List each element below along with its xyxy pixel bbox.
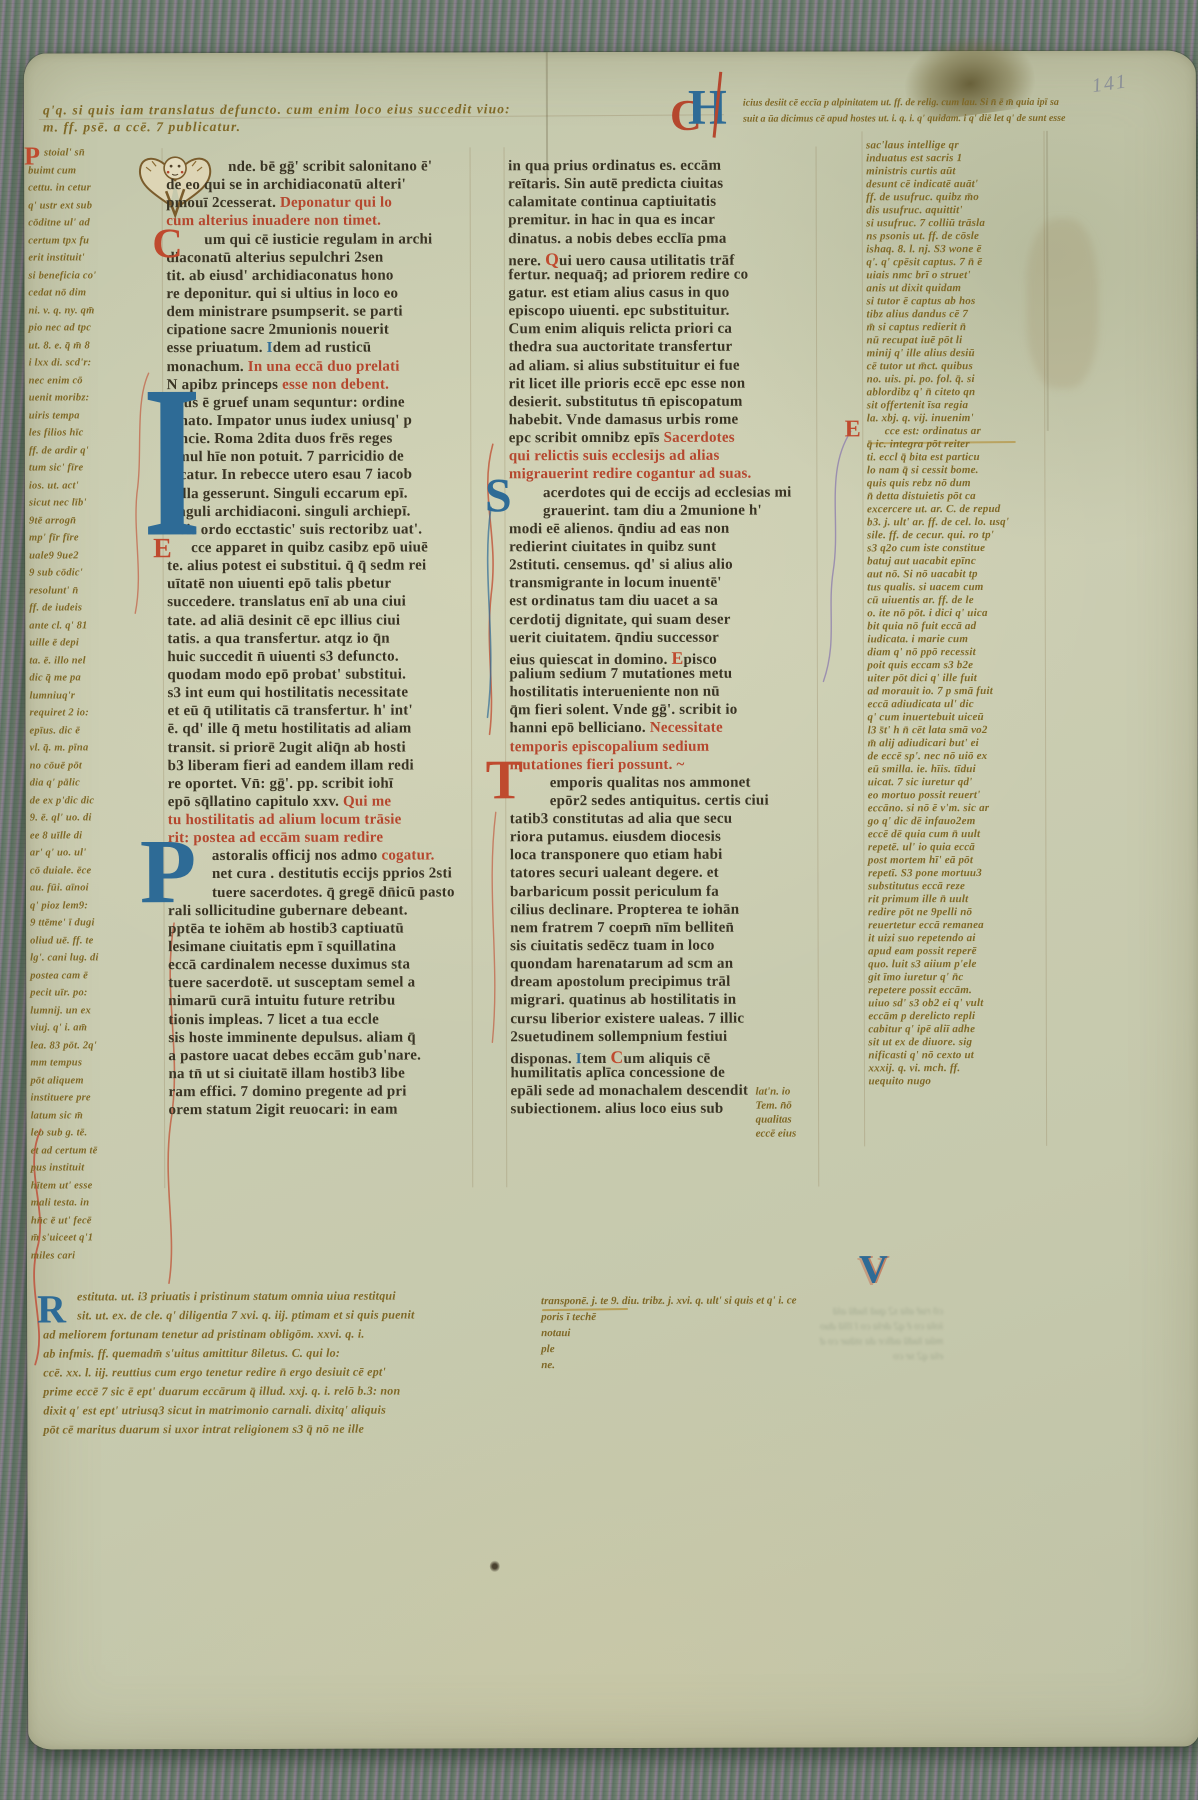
text-run: q'q. si quis iam translatus defuncto. cu… bbox=[43, 101, 511, 117]
text-line: q' ustr ext sub bbox=[28, 200, 140, 218]
text-line: hītem ut' esse bbox=[31, 1180, 143, 1198]
text-run: loca transponere quo etiam habi bbox=[510, 847, 723, 864]
text-line: ff. de ardir q' bbox=[29, 445, 141, 463]
text-run: uiais nmc brī o struet' bbox=[866, 269, 970, 281]
text-line: repetere possit eccām. bbox=[868, 984, 1044, 997]
text-line: eccā adiudicata ul' dic bbox=[867, 698, 1043, 711]
text-line: s3 int eum qui hostilitatis necessitate bbox=[167, 684, 471, 703]
text-line: viuj. q' i. am̄ bbox=[30, 1022, 142, 1040]
text-line: suit a ūa dicimus cē apud hostes ut. i. … bbox=[743, 113, 1053, 130]
text-line: ab infmis. ff. quemadm̄ s'uitus amittitu… bbox=[43, 1345, 523, 1365]
text-line: lumnij. un ex bbox=[30, 1005, 142, 1023]
text-line: resolunt' n̄ bbox=[29, 585, 141, 603]
text-line: unus ē gruef unam sequntur: ordine bbox=[167, 394, 471, 413]
text-run: diam q' nō ppō recessit bbox=[867, 646, 976, 658]
text-run: dis usufruc. aquittit' bbox=[866, 204, 962, 216]
text-run: lesimane ciuitatis epm ī squillatina bbox=[168, 939, 396, 956]
text-run: ad aliam. si alius substituitur ei fue bbox=[509, 357, 740, 374]
text-line: lo nam q̄ si cessit bome. bbox=[867, 464, 1043, 477]
text-line: dream apostolum precipimus trāl bbox=[510, 974, 816, 993]
text-run: la. xbj. q. vij. inuenim' bbox=[867, 412, 974, 424]
text-line: ē. qd' ille q̄ metu hostilitatis ad alia… bbox=[168, 721, 472, 740]
text-line: nere. Qui uero causa utilitatis trāf bbox=[508, 248, 814, 267]
text-run: nec enim cō bbox=[29, 375, 83, 386]
text-run: cū uiuentis ar. ff. de le bbox=[867, 594, 974, 606]
text-run: epīus. dic ē bbox=[30, 725, 81, 736]
text-run: ablordibz q' n̄ citeto qn bbox=[867, 386, 976, 398]
text-line: 7 ois ordo ecctastic' suis rectoribz uat… bbox=[167, 521, 471, 540]
text-run: re deponitur. qui si ultius in loco eo bbox=[166, 286, 398, 303]
text-line: sit offertenit īsa regia bbox=[867, 399, 1043, 412]
text-line: cō ruē aīa s2 quā īudū alā bbox=[683, 1306, 943, 1322]
text-run: Tem. n̄ō bbox=[756, 1100, 792, 1112]
text-line: reītaris. Sin autē predicta ciuitas bbox=[508, 176, 814, 195]
text-run: ram effici. 7 domino pregente ad pri bbox=[168, 1084, 406, 1101]
text-line: bit quia nō fuit eccā ad bbox=[867, 620, 1043, 633]
text-run: migrauerint redire cogantur ad suas. bbox=[509, 466, 752, 483]
text-run: epc scribit omnibz epīs bbox=[509, 430, 664, 446]
text-line: pptēa te iohēm ab hostib3 captiuatū bbox=[168, 920, 472, 939]
text-run: ab infmis. ff. quemadm̄ s'uitus amittitu… bbox=[43, 1346, 340, 1361]
text-line: nimarū curā intuitu future retribu bbox=[168, 993, 472, 1012]
text-run: m̄ si captus redierit n̄ bbox=[866, 321, 966, 333]
photo-backdrop-fabric: { "page": { "folio_number": "141" }, "he… bbox=[0, 0, 1198, 1800]
text-run: transmigrante in locum inuentē' bbox=[509, 575, 721, 592]
gloss-right-margin: sac'laus intellige qrinduatus est sacris… bbox=[866, 139, 1044, 1088]
text-line: pmouī 2cesserat. Deponatur qui lo bbox=[166, 195, 470, 214]
text-run: resolunt' n̄ bbox=[29, 585, 78, 596]
text-run: tatores securi ualeant degere. et bbox=[510, 865, 719, 882]
text-run: ne. bbox=[541, 1359, 555, 1371]
text-run: dream apostolum precipimus trāl bbox=[510, 974, 730, 991]
text-line: sit. ut. ex. de cle. q' diligentia 7 xvi… bbox=[43, 1307, 523, 1327]
text-run: m. ff. psē. a ccē. 7 publicatur. bbox=[43, 119, 241, 135]
text-line: uītatē non uiuenti epō talis pbetur bbox=[167, 576, 471, 595]
text-run: eccāno. si nō ē v'm. sic ar bbox=[868, 802, 990, 814]
text-run: hostilitatis interueniente non nū bbox=[509, 684, 719, 701]
text-line: eccā cardinalem necesse duximus sta bbox=[168, 957, 472, 976]
text-line: astoralis officij nos admo cogatur. bbox=[168, 848, 472, 867]
text-line: no. uis. pi. po. fol. q̄. si bbox=[867, 373, 1043, 386]
text-run: esse non debent. bbox=[282, 376, 389, 392]
text-run: na tn̄ ut si ciuitatē illam hostib3 libe bbox=[168, 1066, 405, 1083]
text-run: Deponatur qui lo bbox=[280, 195, 392, 211]
text-line: in qua prius ordinatus es. eccām bbox=[508, 157, 814, 176]
text-line: no cōuē pōt bbox=[30, 760, 142, 778]
purple-flourish-gloss-e bbox=[823, 431, 852, 681]
text-line: huic succedit n̄ uiuenti s3 defuncto. bbox=[167, 648, 471, 667]
text-run: cum alterius inuadere non timet. bbox=[166, 213, 381, 230]
text-run: i lxx di. scd'r: bbox=[29, 357, 92, 368]
text-run: sit ut ex de diuore. sig bbox=[868, 1036, 972, 1048]
text-run: dic q̄ me pa bbox=[29, 672, 81, 683]
text-run: 9 sub cōdic' bbox=[29, 567, 83, 578]
text-run: no. uis. pi. po. fol. q̄. si bbox=[867, 373, 975, 385]
text-run: eīa q2 se co bbox=[893, 1351, 943, 1362]
text-line: cursu liberior existere ualeas. 7 illic bbox=[510, 1010, 816, 1029]
text-line: go q' dic dē infauo2em bbox=[868, 815, 1044, 828]
text-run: ns psonis ut. ff. de cōsle bbox=[866, 230, 979, 242]
text-run: reuertetur eccā remanea bbox=[868, 919, 984, 931]
text-run: suit a ūa dicimus cē apud hostes ut. i. … bbox=[743, 113, 1066, 125]
text-line: tuere sacerdotē. ut susceptam semel a bbox=[168, 975, 472, 994]
text-run: nem fratrem 7 coepm̄ nīm belliten̄ bbox=[510, 920, 734, 937]
text-line: qui relictis suis ecclesijs ad alias bbox=[509, 448, 815, 467]
text-line: cō duiale. ēce bbox=[30, 865, 142, 883]
text-line: ioīa co ē q2 deīa co ī īllā duo bbox=[683, 1321, 943, 1337]
text-run: eccē eius bbox=[756, 1128, 797, 1140]
text-run: git īmo iuretur q' n̄c bbox=[868, 971, 963, 983]
text-run: bella gesserunt. Singuli eccarum epī. bbox=[167, 485, 408, 502]
text-line: uiter pōt dici q' ille fuit bbox=[867, 672, 1043, 685]
text-line: les filios hīc bbox=[29, 427, 141, 445]
text-run: les filios hīc bbox=[29, 427, 84, 438]
text-run: quodam modo epō probat' substitui. bbox=[167, 666, 406, 683]
text-line: grauerint. tam diu a 2munione h' bbox=[509, 502, 815, 521]
text-run: Q bbox=[545, 249, 559, 269]
text-line: b3. j. ult' ar. ff. de cel. lo. usq' bbox=[867, 516, 1043, 529]
text-run: dem ministrare psumpserit. se parti bbox=[166, 304, 402, 321]
text-line: temporis episcopalium sedium bbox=[510, 738, 816, 757]
text-run: n̄ detta distuietis pōt ca bbox=[867, 490, 976, 502]
text-run: 2suetudinem sollempnium festiui bbox=[510, 1028, 727, 1045]
text-run: redierint ciuitates in quibz sunt bbox=[509, 539, 716, 556]
text-line: eīa q2 se co bbox=[683, 1351, 943, 1367]
text-run: sis hoste imminente depulsus. aliam q̄ bbox=[168, 1029, 415, 1046]
text-line: sis ciuitatis sedēcz tuam in loco bbox=[510, 938, 816, 957]
text-run: Cum enim aliquis relicta priori ca bbox=[508, 321, 732, 338]
text-run: go q' dic dē infauo2em bbox=[868, 815, 976, 827]
text-line: simul hīe non potuit. 7 parricidio de bbox=[167, 449, 471, 468]
text-line: mūa īudū adlce da stāue co d bbox=[683, 1336, 943, 1352]
text-run: lumniuq'r bbox=[29, 690, 75, 701]
text-line: repetī. S3 pone mortuu3 bbox=[868, 867, 1044, 880]
text-run: epāli sede ad monachalem descendit bbox=[510, 1083, 748, 1100]
text-line: 2stituti. censemus. qd' si alius alio bbox=[509, 557, 815, 576]
text-line: o. ite nō pōt. i dici q' uica bbox=[867, 607, 1043, 620]
text-line: mm tempus bbox=[30, 1057, 142, 1075]
text-run: ad morauit io. 7 p smā fuit bbox=[867, 685, 993, 697]
text-line: uiais nmc brī o struet' bbox=[866, 269, 1042, 282]
text-run: eo mortuo possit reuert' bbox=[868, 789, 981, 801]
text-run: qui relictis suis ecclesijs ad alias bbox=[509, 448, 720, 465]
text-run: cē tutor ut m̄ct. quibus bbox=[867, 360, 973, 372]
text-line: pio nec ad tpc bbox=[28, 322, 140, 340]
text-line: N apibz princeps esse non debent. bbox=[167, 376, 471, 395]
text-line: q'q. si quis iam translatus defuncto. cu… bbox=[43, 101, 733, 120]
text-run: q'. q' cpēsit captus. 7 n̄ ē bbox=[866, 256, 982, 268]
text-run: nde. bē gḡ' scribit salonitano ē' bbox=[228, 158, 432, 175]
text-run: si usufruc. 7 colliū trāsla bbox=[866, 217, 985, 229]
text-run: batuj aut uacabit epīnc bbox=[867, 555, 976, 567]
illuminated-initial: S bbox=[485, 472, 512, 520]
text-line: au. fūi. aīnoi bbox=[30, 882, 142, 900]
text-run: cogatur. bbox=[381, 848, 434, 864]
text-line: uale9 9ue2 bbox=[29, 550, 141, 568]
text-run: pōt cē maritus duarum si uxor intrat rel… bbox=[43, 1422, 364, 1437]
text-line: re deponitur. qui si ultius in loco eo bbox=[166, 285, 470, 304]
text-run: o. ite nō pōt. i dici q' uica bbox=[867, 607, 987, 619]
text-run: uenit moribz: bbox=[29, 392, 90, 403]
text-run: sit. ut. ex. de cle. q' diligentia 7 xvi… bbox=[77, 1308, 415, 1323]
text-run: notaui bbox=[541, 1327, 570, 1339]
text-line: et ad certum tē bbox=[31, 1145, 143, 1163]
text-line: cum alterius inuadere non timet. bbox=[166, 213, 470, 232]
text-run: cedat nō dim bbox=[28, 287, 86, 298]
text-run: a pastore uacat debes eccām gub'nare. bbox=[168, 1047, 421, 1064]
text-line: oliud uē. ff. te bbox=[30, 935, 142, 953]
text-line: et eū q̄ utilitatis cā transfertur. h' i… bbox=[167, 703, 471, 722]
text-line: Tem. n̄ō bbox=[756, 1099, 876, 1113]
text-run: cō duiale. ēce bbox=[30, 865, 91, 876]
text-line: stoial' sn̄ bbox=[28, 147, 140, 165]
text-run: leo sub g. tē. bbox=[31, 1127, 88, 1138]
text-run: desierit. substitutus tn̄ episcopatum bbox=[509, 393, 743, 410]
text-run: q' cum inuertebuit uiceū bbox=[868, 711, 984, 723]
text-run: cōditne ul' ad bbox=[28, 217, 90, 228]
text-line: cerdotij dignitate, qui suam deser bbox=[509, 611, 815, 630]
text-line: tit. ab eiusd' archidiaconatus hono bbox=[166, 267, 470, 286]
text-line: migrari. quatinus ab hostilitatis in bbox=[510, 992, 816, 1011]
text-run: s3 q2o cum iste constitue bbox=[867, 542, 985, 554]
text-line: dem ministrare psumpserit. se parti bbox=[166, 303, 470, 322]
text-line: mp' fīr fīre bbox=[29, 532, 141, 550]
text-run: simul hīe non potuit. 7 parricidio de bbox=[167, 449, 404, 466]
text-line: transit. si priorē 2ugit aliq̄n ab hosti bbox=[168, 739, 472, 758]
text-run: ni. v. q. ny. qm̄ bbox=[28, 305, 94, 316]
text-line: pōt aliquem bbox=[30, 1075, 142, 1093]
illuminated-initials-layer: CIEPSTERVP bbox=[24, 50, 1196, 53]
text-line: singuli archidiaconi. singuli archiepī. bbox=[167, 503, 471, 522]
text-line: orem statum 2igit reuocari: in eam bbox=[169, 1102, 473, 1121]
text-run: diaconatū alterius sepulchri 2sen bbox=[166, 249, 383, 266]
text-line: re oportet. Vn̄: gḡ'. pp. scribit iohī bbox=[168, 775, 472, 794]
text-line: tum sic' fīre bbox=[29, 462, 141, 480]
text-run: ple bbox=[541, 1343, 554, 1355]
text-run: ante cl. q' 81 bbox=[29, 620, 87, 631]
text-line: ff. de iudeis bbox=[29, 602, 141, 620]
text-line: cce apparet in quibz casibz epō uiuē bbox=[167, 539, 471, 558]
text-run: ad meliorem fortunam tenetur ad pristina… bbox=[43, 1327, 364, 1342]
text-line: uiuo sd' s3 ob2 ei q' vult bbox=[868, 997, 1044, 1010]
text-line: ad meliorem fortunam tenetur ad pristina… bbox=[43, 1326, 523, 1346]
text-run: uicat. 7 sic iuretur qd' bbox=[868, 776, 973, 788]
text-run: mutationes fieri possunt. ~ bbox=[510, 756, 685, 772]
text-run: b3 liberam fieri ad eandem illam redi bbox=[168, 757, 414, 774]
text-run: gatur. est etiam alius casus in quo bbox=[508, 285, 729, 302]
text-run: estituta. ut. i3 priuatis i pristinum st… bbox=[77, 1289, 396, 1304]
text-run: modi eē alienos. q̄ndiu ad eas non bbox=[509, 521, 729, 538]
text-run: rali sollicitudine gubernare debeant. bbox=[168, 902, 408, 919]
text-run: E bbox=[671, 648, 683, 668]
text-run: au. fūi. aīnoi bbox=[30, 882, 89, 893]
text-line: episcopo uiuenti. epc substituitur. bbox=[508, 303, 814, 322]
text-run: miles cari bbox=[31, 1250, 75, 1261]
text-line: sac'laus intellige qr bbox=[866, 139, 1042, 152]
parchment-page: 141 q'q. si quis iam translatus defuncto… bbox=[24, 50, 1198, 1749]
text-run: uille ē depi bbox=[29, 637, 79, 648]
text-line: eius quiescat in domino. Episco bbox=[509, 647, 815, 666]
text-run: q̄m fieri solent. Vnde gḡ'. scribit io bbox=[509, 702, 737, 719]
text-line: icius desiit cē eccīa p alpinitatem ut. … bbox=[743, 97, 1053, 114]
text-run: palium sedium 7 mutationes metu bbox=[509, 666, 732, 683]
text-line: ff. de usufruc. quibz m̄o bbox=[866, 191, 1042, 204]
text-line: substitutus eccā reze bbox=[868, 880, 1044, 893]
text-line: apud eam possit reperē bbox=[868, 945, 1044, 958]
text-line: lesimane ciuitatis epm ī squillatina bbox=[168, 938, 472, 957]
text-line: desierit. substitutus tn̄ episcopatum bbox=[509, 393, 815, 412]
text-line: leo sub g. tē. bbox=[31, 1127, 143, 1145]
text-line: aut nō. Si nō uacabit tp bbox=[867, 568, 1043, 581]
text-line: uicat. 7 sic iuretur qd' bbox=[868, 776, 1044, 789]
text-run: huic succedit n̄ uiuenti s3 defuncto. bbox=[167, 648, 398, 665]
text-line: eccē dē quia cum n̄ uult bbox=[868, 828, 1044, 841]
text-run: substitutus eccā reze bbox=[868, 880, 965, 892]
text-run: In una eccā duo prelati bbox=[248, 358, 400, 374]
text-line: b3 liberam fieri ad eandem illam redi bbox=[168, 757, 472, 776]
text-run: ff. de usufruc. quibz m̄o bbox=[866, 191, 979, 203]
text-run: re oportet. Vn̄: gḡ'. pp. scribit iohī bbox=[168, 775, 394, 792]
text-run: grauerint. tam diu a 2munione h' bbox=[543, 502, 762, 519]
text-line: cedat nō dim bbox=[28, 287, 140, 305]
illuminated-initial: E bbox=[153, 535, 172, 563]
text-run: pmouī 2cesserat. bbox=[166, 195, 280, 211]
text-line: pus instituit bbox=[31, 1162, 143, 1180]
text-line: riora putamus. eiusdem diocesis bbox=[510, 829, 816, 848]
text-run: astoralis officij nos admo bbox=[212, 848, 382, 864]
text-run: tatis. a qua transfertur. atqz io q̄n bbox=[167, 630, 390, 647]
text-line: diam q' nō ppō recessit bbox=[867, 646, 1043, 659]
text-run: iudicata. i marie cum bbox=[867, 633, 968, 645]
text-line: loca transponere quo etiam habi bbox=[510, 847, 816, 866]
text-line: ministris curtis aūt bbox=[866, 165, 1042, 178]
text-line: ns psonis ut. ff. de cōsle bbox=[866, 230, 1042, 243]
text-run: net cura . destitutis eccijs pprios 2sti bbox=[212, 866, 452, 883]
text-line: la. xbj. q. vij. inuenim' bbox=[867, 412, 1043, 425]
text-run: cilius declinare. Propterea te iohān bbox=[510, 901, 739, 918]
text-line: ios. ut. act' bbox=[29, 480, 141, 498]
text-line: uequito nugo bbox=[868, 1075, 1044, 1088]
text-run: viuj. q' i. am̄ bbox=[30, 1022, 87, 1033]
gloss-bottom-left: estituta. ut. i3 priuatis i pristinum st… bbox=[43, 1288, 523, 1441]
text-line: si usufruc. 7 colliū trāsla bbox=[866, 217, 1042, 230]
text-run: episcopo uiuenti. epc substituitur. bbox=[508, 303, 729, 320]
text-line: lg'. cani lug. di bbox=[30, 952, 142, 970]
text-run: dixit q' est ept' utriusq3 sicut in matr… bbox=[43, 1403, 386, 1418]
text-line: transmigrante in locum inuentē' bbox=[509, 575, 815, 594]
text-line: m̄ si captus redierit n̄ bbox=[866, 321, 1042, 334]
text-line: cipatione sacre 2munionis nouerit bbox=[166, 322, 470, 341]
text-line: sicut nec līb' bbox=[29, 497, 141, 515]
text-run: transponē. j. te 9. diu. tribz. j. xvi. … bbox=[541, 1295, 796, 1308]
text-line: nū recupat iuē pōt li bbox=[867, 334, 1043, 347]
text-line: instituere pre bbox=[31, 1092, 143, 1110]
text-line: rali sollicitudine gubernare debeant. bbox=[168, 902, 472, 921]
text-run: b3. j. ult' ar. ff. de cel. lo. usq' bbox=[867, 516, 1009, 528]
text-run: ti. eccl q̄ bita est particu bbox=[867, 451, 980, 463]
text-line: net cura . destitutis eccijs pprios 2sti bbox=[168, 866, 472, 885]
text-line: s3 q2o cum iste constitue bbox=[867, 542, 1043, 555]
text-line: induatus est sacris 1 bbox=[866, 152, 1042, 165]
illuminated-initial: V bbox=[859, 1249, 888, 1289]
text-line: eū smilla. ie. hīis. tīdui bbox=[868, 763, 1044, 776]
text-run: anis ut dixit quidam bbox=[866, 282, 961, 294]
text-run: excercere ut. ar. C. de repud bbox=[867, 503, 1001, 515]
text-run: repetē. ul' io quia eccā bbox=[868, 841, 975, 853]
text-run: quondam harenatarum ad scm an bbox=[510, 956, 733, 973]
text-line: cce est: ordinatus ar bbox=[867, 425, 1043, 438]
text-run: Qui me bbox=[343, 793, 391, 809]
text-run: prime eccē 7 sic ē ept' duarum eccārum q… bbox=[43, 1384, 400, 1399]
text-line: sile. ff. de cecur. qui. ro tp' bbox=[867, 529, 1043, 542]
text-run: rit licet ille prioris eccē epc esse non bbox=[509, 375, 746, 392]
text-run: tit. ab eiusd' archidiaconatus hono bbox=[166, 267, 393, 284]
text-run: poit quis eccam s3 b2e bbox=[867, 659, 973, 671]
text-line: quodam modo epō probat' substitui. bbox=[167, 666, 471, 685]
text-run: pptēa te iohēm ab hostib3 captiuatū bbox=[168, 920, 404, 937]
text-run: dia q' pālic bbox=[30, 777, 80, 788]
text-run: m̄ s'uiceet q'1 bbox=[31, 1232, 93, 1243]
text-run: cursu liberior existere ualeas. 7 illic bbox=[510, 1010, 744, 1027]
text-run: dinatus. a nobis debes ecclīa pma bbox=[508, 230, 726, 247]
illuminated-initial: C bbox=[152, 223, 182, 265]
text-run: pio nec ad tpc bbox=[28, 322, 91, 333]
text-line: ti. eccl q̄ bita est particu bbox=[867, 451, 1043, 464]
text-run: ishaq. 8. l. nj. S3 wone ē bbox=[866, 243, 981, 255]
text-line: na tn̄ ut si ciuitatē illam hostib3 libe bbox=[168, 1065, 472, 1084]
text-run: tum sic' fīre bbox=[29, 462, 84, 473]
text-line: dis usufruc. aquittit' bbox=[866, 204, 1042, 217]
text-line: sit ut ex de diuore. sig bbox=[868, 1036, 1044, 1049]
main-text-column-right: in qua prius ordinatus es. eccāmreītaris… bbox=[508, 157, 817, 1119]
text-line: fertur. nequaq̄; ad priorem redire co bbox=[508, 266, 814, 285]
text-line: emporis qualitas nos ammonet bbox=[510, 774, 816, 793]
text-run: temporis episcopalium sedium bbox=[510, 738, 710, 755]
gloss-right-margin-footer: lat'n. ioTem. n̄ōqualitaseccē eius bbox=[755, 1085, 875, 1141]
text-run: cabitur q' ipē aliī adhe bbox=[868, 1023, 975, 1035]
text-line: barbaricum possit periculum fa bbox=[510, 883, 816, 902]
text-run: limato. Impator unus iudex uniusq' p bbox=[167, 412, 412, 429]
text-run: si beneficia co' bbox=[28, 270, 96, 281]
text-line: dia q' pālic bbox=[30, 777, 142, 795]
text-line: hanni epō belliciano. Necessitate bbox=[510, 720, 816, 739]
text-run: requiret 2 io: bbox=[29, 707, 88, 718]
text-run: 9. ē. ql' uo. di bbox=[30, 812, 92, 823]
text-line: rit primum ille n̄ uult bbox=[868, 893, 1044, 906]
text-line: hn̄c ē ut' fecē bbox=[31, 1215, 143, 1233]
text-run: icius desiit cē eccīa p alpinitatem ut. … bbox=[743, 97, 1059, 109]
text-run: cō ruē aīa s2 quā īudū alā bbox=[833, 1306, 943, 1317]
text-run: ioīa co ē q2 deīa co ī īllā duo bbox=[820, 1321, 943, 1332]
text-run: ministris curtis aūt bbox=[866, 165, 956, 177]
text-line: diaconatū alterius sepulchri 2sen bbox=[166, 249, 470, 268]
text-line: cōditne ul' ad bbox=[28, 217, 140, 235]
blue-flourish-intercolumn bbox=[487, 507, 492, 717]
text-run: desunt cē indicatē auāt' bbox=[866, 178, 978, 190]
text-run: eccā cardinalem necesse duximus sta bbox=[168, 957, 410, 974]
illuminated-initial: T bbox=[486, 752, 524, 808]
text-line: ccē. xx. l. iij. reuttius cum ergo tenet… bbox=[43, 1364, 523, 1384]
text-line: 9 sub cōdic' bbox=[29, 567, 141, 585]
text-line: acerdotes qui de eccijs ad ecclesias mi bbox=[509, 484, 815, 503]
text-line: succedere. translatus enī ab una ciui bbox=[167, 594, 471, 613]
folio-number-pencil: 141 bbox=[1090, 70, 1129, 98]
text-line: si beneficia co' bbox=[28, 270, 140, 288]
text-line: ad aliam. si alius substituitur ei fue bbox=[509, 357, 815, 376]
text-run: tu hostilitatis ad alium locum trāsie bbox=[168, 812, 402, 829]
text-line: lat'n. io bbox=[755, 1085, 875, 1099]
illuminated-initial: P bbox=[140, 825, 196, 917]
